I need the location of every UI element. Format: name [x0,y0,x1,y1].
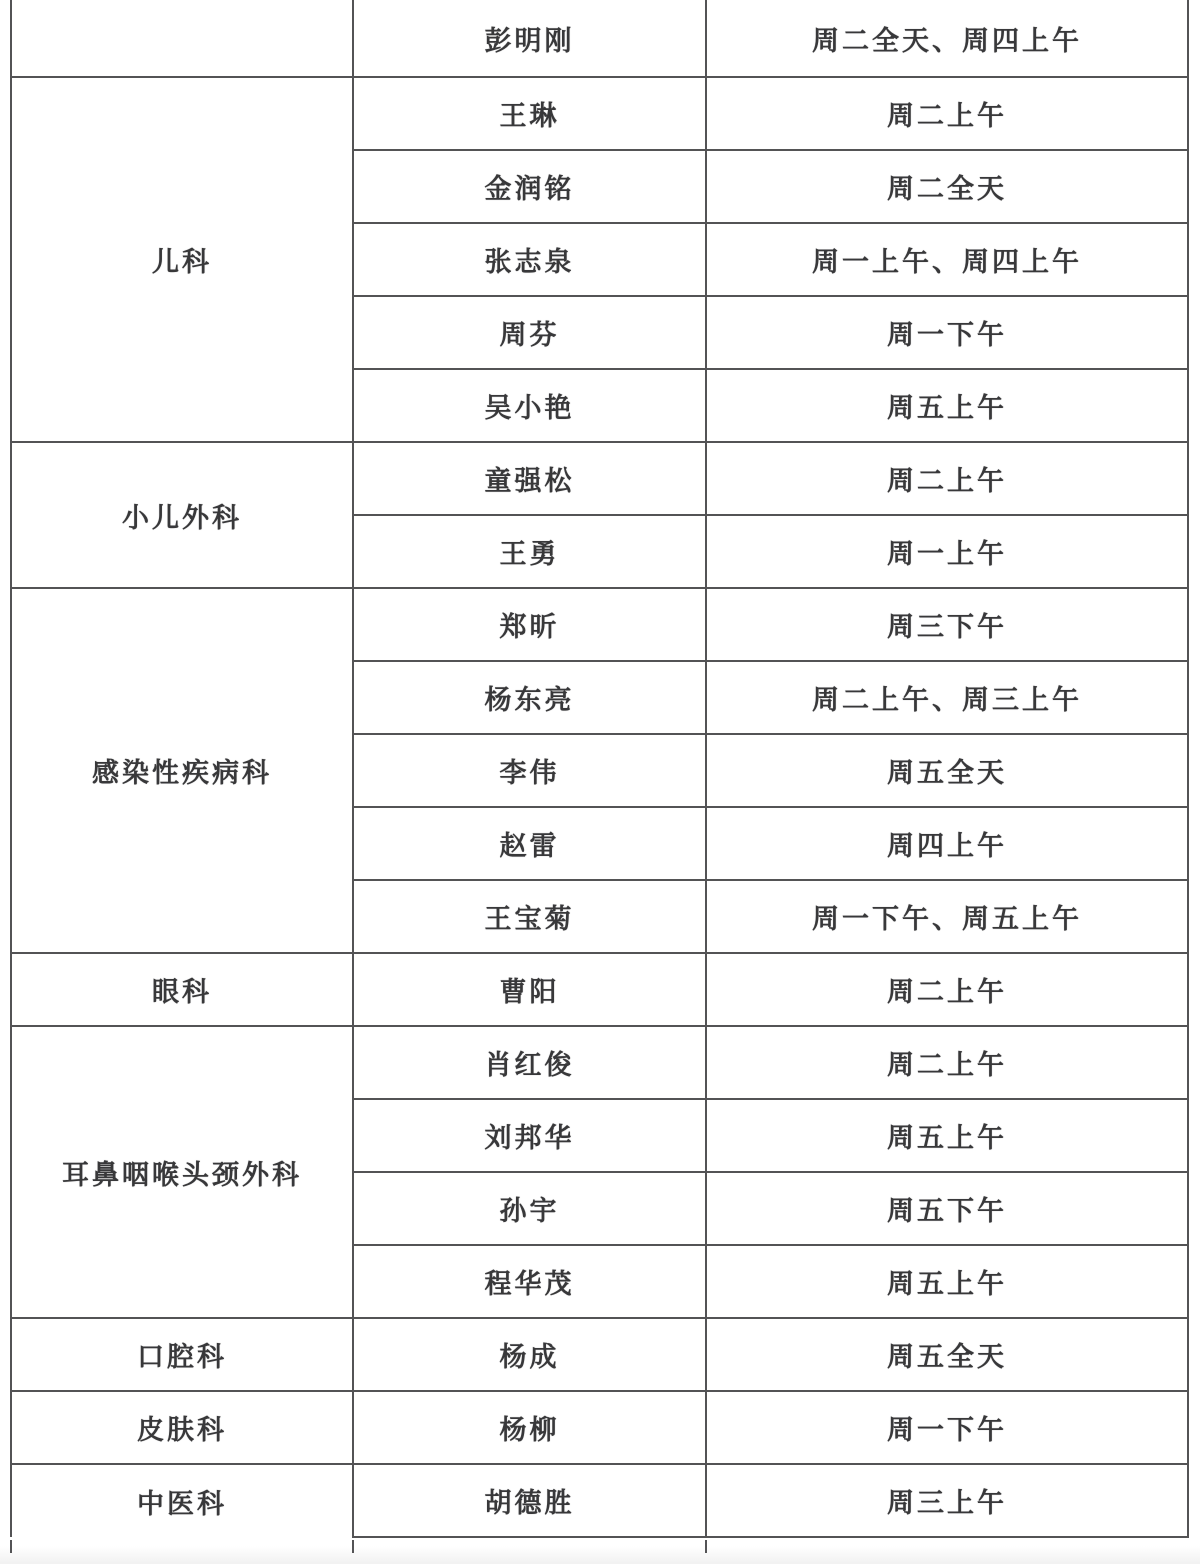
department-cell: 口腔科 [11,1318,353,1391]
schedule-cell: 周二全天 [706,150,1188,223]
doctor-name-cell: 杨柳 [353,1391,706,1464]
doctor-name-cell: 李伟 [353,734,706,807]
schedule-cell: 周五全天 [706,1318,1188,1391]
doctor-name-cell: 彭明刚 [353,0,706,77]
schedule-cell: 周二上午 [706,953,1188,1026]
doctor-name-cell: 程华茂 [353,1245,706,1318]
schedule-cell: 周五下午 [706,1172,1188,1245]
schedule-cell: 周五全天 [706,734,1188,807]
schedule-cell: 周五上午 [706,1245,1188,1318]
doctor-name-cell: 金润铭 [353,150,706,223]
schedule-cell: 周二上午 [706,1026,1188,1099]
schedule-table-body: 彭明刚周二全天、周四上午儿科王琳周二上午金润铭周二全天张志泉周一上午、周四上午周… [11,0,1188,1537]
doctor-name-cell: 赵雷 [353,807,706,880]
doctor-name-cell: 王宝菊 [353,880,706,953]
department-cell: 感染性疾病科 [11,588,353,953]
doctor-name-cell: 王勇 [353,515,706,588]
department-cell: 小儿外科 [11,442,353,588]
table-row: 小儿外科童强松周二上午 [11,442,1188,515]
schedule-cell: 周一下午、周五上午 [706,880,1188,953]
department-cell: 中医科 [11,1464,353,1537]
doctor-name-cell: 王琳 [353,77,706,150]
schedule-cell: 周五上午 [706,1099,1188,1172]
document-page: 彭明刚周二全天、周四上午儿科王琳周二上午金润铭周二全天张志泉周一上午、周四上午周… [0,0,1200,1564]
doctor-name-cell: 童强松 [353,442,706,515]
department-cell: 皮肤科 [11,1391,353,1464]
doctor-name-cell: 曹阳 [353,953,706,1026]
table-row: 口腔科杨成周五全天 [11,1318,1188,1391]
doctor-name-cell: 胡德胜 [353,1464,706,1537]
schedule-cell: 周五上午 [706,369,1188,442]
table-row: 耳鼻咽喉头颈外科肖红俊周二上午 [11,1026,1188,1099]
schedule-cell: 周一下午 [706,296,1188,369]
department-cell: 儿科 [11,77,353,442]
department-cell: 眼科 [11,953,353,1026]
table-row: 感染性疾病科郑昕周三下午 [11,588,1188,661]
schedule-cell: 周三下午 [706,588,1188,661]
table-row: 彭明刚周二全天、周四上午 [11,0,1188,77]
table-row: 皮肤科杨柳周一下午 [11,1391,1188,1464]
doctor-name-cell: 杨成 [353,1318,706,1391]
table-row: 中医科胡德胜周三上午 [11,1464,1188,1537]
doctor-name-cell: 孙宇 [353,1172,706,1245]
doctor-name-cell: 杨东亮 [353,661,706,734]
doctor-name-cell: 张志泉 [353,223,706,296]
doctor-name-cell: 周芬 [353,296,706,369]
schedule-cell: 周二上午 [706,442,1188,515]
schedule-cell: 周二上午 [706,77,1188,150]
cutoff-col2-border-stub [352,1540,354,1553]
table-row: 眼科曹阳周二上午 [11,953,1188,1026]
schedule-cell: 周三上午 [706,1464,1188,1537]
doctor-name-cell: 刘邦华 [353,1099,706,1172]
doctor-name-cell: 郑昕 [353,588,706,661]
schedule-cell: 周二全天、周四上午 [706,0,1188,77]
schedule-cell: 周四上午 [706,807,1188,880]
cutoff-col3-border-stub [705,1540,707,1553]
department-cell-continued [11,0,353,77]
department-cell: 耳鼻咽喉头颈外科 [11,1026,353,1318]
doctor-name-cell: 肖红俊 [353,1026,706,1099]
doctor-name-cell: 吴小艳 [353,369,706,442]
table-row: 儿科王琳周二上午 [11,77,1188,150]
schedule-cell: 周一上午、周四上午 [706,223,1188,296]
cutoff-left-border-stub [10,1540,12,1553]
schedule-cell: 周一下午 [706,1391,1188,1464]
schedule-cell: 周一上午 [706,515,1188,588]
bottom-edge-haze [0,1546,1200,1564]
schedule-table: 彭明刚周二全天、周四上午儿科王琳周二上午金润铭周二全天张志泉周一上午、周四上午周… [10,0,1189,1538]
schedule-cell: 周二上午、周三上午 [706,661,1188,734]
